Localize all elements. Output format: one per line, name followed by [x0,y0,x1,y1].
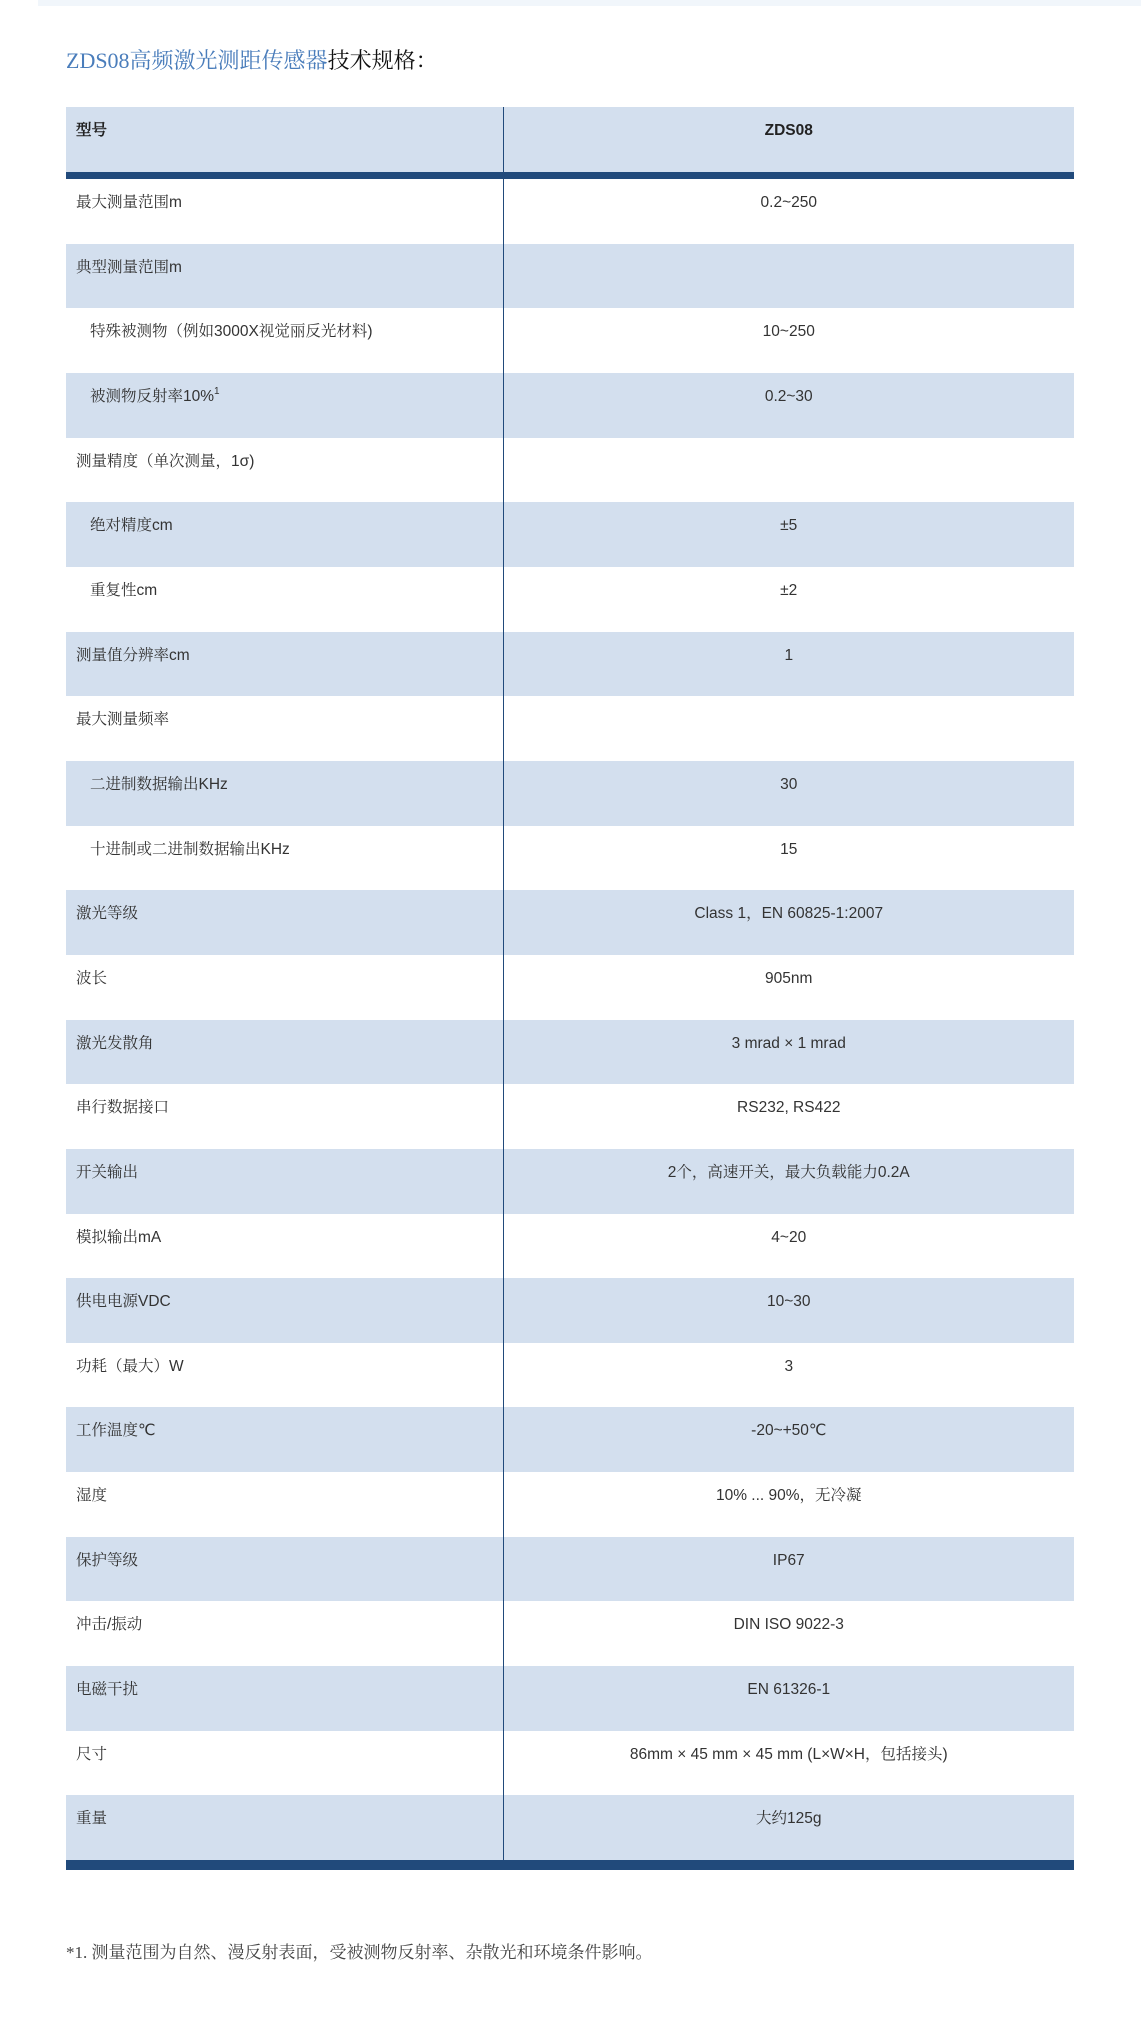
table-row: 最大测量频率 [66,696,1074,761]
spec-value: 1 [503,632,1074,697]
spec-label-text: 最大测量范围m [76,194,182,211]
table-row: 十进制或二进制数据输出KHz15 [66,826,1074,891]
spec-label-text: 最大测量频率 [76,711,169,728]
table-row: 保护等级IP67 [66,1537,1074,1602]
spec-label: 湿度 [66,1472,503,1537]
spec-value [503,696,1074,761]
spec-label: 测量值分辨率cm [66,632,503,697]
spec-value: IP67 [503,1537,1074,1602]
spec-label: 典型测量范围m [66,244,503,309]
spec-value: 0.2~250 [503,176,1074,244]
spec-label-text: 开关输出 [76,1164,138,1181]
footnote: *1. 测量范围为自然、漫反射表面，受被测物反射率、杂散光和环境条件影响。 [66,1938,653,1963]
table-row: 湿度10% ... 90%，无冷凝 [66,1472,1074,1537]
spec-value: 10~30 [503,1278,1074,1343]
spec-value: 15 [503,826,1074,891]
spec-value: 86mm × 45 mm × 45 mm (L×W×H，包括接头) [503,1731,1074,1796]
spec-value: 0.2~30 [503,373,1074,438]
spec-label-text: 激光等级 [76,905,138,922]
spec-label: 电磁干扰 [66,1666,503,1731]
spec-label-text: 测量值分辨率cm [76,647,190,664]
spec-value: Class 1，EN 60825-1:2007 [503,890,1074,955]
spec-value [503,438,1074,503]
spec-label: 最大测量频率 [66,696,503,761]
spec-label-text: 尺寸 [76,1746,107,1763]
table-row: 波长905nm [66,955,1074,1020]
spec-value: EN 61326-1 [503,1666,1074,1731]
table-row: 测量值分辨率cm1 [66,632,1074,697]
spec-value: ±5 [503,502,1074,567]
table-row: 激光等级Class 1，EN 60825-1:2007 [66,890,1074,955]
table-row: 串行数据接口RS232, RS422 [66,1084,1074,1149]
spec-value: RS232, RS422 [503,1084,1074,1149]
table-row: 工作温度℃-20~+50℃ [66,1407,1074,1472]
spec-label-text: 工作温度℃ [76,1422,155,1439]
spec-label-text: 保护等级 [76,1552,138,1569]
spec-table: 型号 ZDS08 最大测量范围m0.2~250典型测量范围m特殊被测物（例如30… [66,107,1074,1870]
table-row: 功耗（最大）W3 [66,1343,1074,1408]
table-header-row: 型号 ZDS08 [66,107,1074,176]
spec-label-text: 激光发散角 [76,1035,154,1052]
product-name: ZDS08高频激光测距传感器 [66,48,328,73]
table-row: 二进制数据输出KHz30 [66,761,1074,826]
header-model: ZDS08 [503,107,1074,176]
spec-label-text: 二进制数据输出KHz [90,776,228,793]
spec-label: 供电电源VDC [66,1278,503,1343]
top-strip [38,0,1141,6]
spec-label: 激光等级 [66,890,503,955]
spec-value: 2个，高速开关，最大负载能力0.2A [503,1149,1074,1214]
table-row: 尺寸86mm × 45 mm × 45 mm (L×W×H，包括接头) [66,1731,1074,1796]
spec-label: 被测物反射率10%1 [66,373,503,438]
spec-label-text: 绝对精度cm [90,517,173,534]
header-label: 型号 [66,107,503,176]
table-row: 电磁干扰EN 61326-1 [66,1666,1074,1731]
spec-label: 重量 [66,1795,503,1865]
spec-label: 波长 [66,955,503,1020]
spec-label-text: 供电电源VDC [76,1293,171,1310]
spec-label-text: 重量 [76,1810,107,1827]
spec-label: 功耗（最大）W [66,1343,503,1408]
spec-label-text: 模拟输出mA [76,1229,161,1246]
spec-value: DIN ISO 9022-3 [503,1601,1074,1666]
spec-label: 开关输出 [66,1149,503,1214]
table-row: 冲击/振动DIN ISO 9022-3 [66,1601,1074,1666]
spec-label: 测量精度（单次测量，1σ) [66,438,503,503]
table-row: 开关输出2个，高速开关，最大负载能力0.2A [66,1149,1074,1214]
spec-label-text: 波长 [76,970,107,987]
spec-label: 模拟输出mA [66,1214,503,1279]
spec-label-text: 被测物反射率10% [90,388,214,405]
spec-label: 特殊被测物（例如3000X视觉丽反光材料) [66,308,503,373]
spec-label-text: 湿度 [76,1487,107,1504]
spec-label: 重复性cm [66,567,503,632]
table-row: 绝对精度cm±5 [66,502,1074,567]
spec-value: ±2 [503,567,1074,632]
footnote-ref: 1 [214,386,220,397]
table-row: 重复性cm±2 [66,567,1074,632]
spec-label: 十进制或二进制数据输出KHz [66,826,503,891]
spec-label: 绝对精度cm [66,502,503,567]
table-row: 被测物反射率10%10.2~30 [66,373,1074,438]
spec-value: 3 [503,1343,1074,1408]
spec-label: 二进制数据输出KHz [66,761,503,826]
spec-label-text: 串行数据接口 [76,1099,169,1116]
spec-label-text: 特殊被测物（例如3000X视觉丽反光材料) [90,323,372,340]
spec-value: -20~+50℃ [503,1407,1074,1472]
table-row: 最大测量范围m0.2~250 [66,176,1074,244]
spec-label: 串行数据接口 [66,1084,503,1149]
table-row: 激光发散角3 mrad × 1 mrad [66,1020,1074,1085]
spec-label-text: 冲击/振动 [76,1616,142,1633]
spec-label: 激光发散角 [66,1020,503,1085]
spec-label-text: 十进制或二进制数据输出KHz [90,841,290,858]
spec-label-text: 电磁干扰 [76,1681,138,1698]
spec-label: 工作温度℃ [66,1407,503,1472]
title-suffix: 技术规格： [328,48,438,73]
spec-value: 4~20 [503,1214,1074,1279]
spec-value: 3 mrad × 1 mrad [503,1020,1074,1085]
table-row: 模拟输出mA4~20 [66,1214,1074,1279]
table-row: 测量精度（单次测量，1σ) [66,438,1074,503]
spec-value: 30 [503,761,1074,826]
spec-value: 10~250 [503,308,1074,373]
table-body: 最大测量范围m0.2~250典型测量范围m特殊被测物（例如3000X视觉丽反光材… [66,176,1074,1866]
spec-value [503,244,1074,309]
spec-value: 10% ... 90%，无冷凝 [503,1472,1074,1537]
table-row: 特殊被测物（例如3000X视觉丽反光材料)10~250 [66,308,1074,373]
spec-label: 尺寸 [66,1731,503,1796]
spec-label-text: 典型测量范围m [76,259,182,276]
table-row: 供电电源VDC10~30 [66,1278,1074,1343]
spec-label-text: 重复性cm [90,582,157,599]
table-row: 典型测量范围m [66,244,1074,309]
spec-label-text: 功耗（最大）W [76,1358,184,1375]
spec-label-text: 测量精度（单次测量，1σ) [76,453,254,470]
spec-label: 最大测量范围m [66,176,503,244]
table-row: 重量大约125g [66,1795,1074,1865]
spec-value: 大约125g [503,1795,1074,1865]
spec-label: 保护等级 [66,1537,503,1602]
page-title: ZDS08高频激光测距传感器技术规格： [66,46,438,76]
spec-label: 冲击/振动 [66,1601,503,1666]
spec-value: 905nm [503,955,1074,1020]
